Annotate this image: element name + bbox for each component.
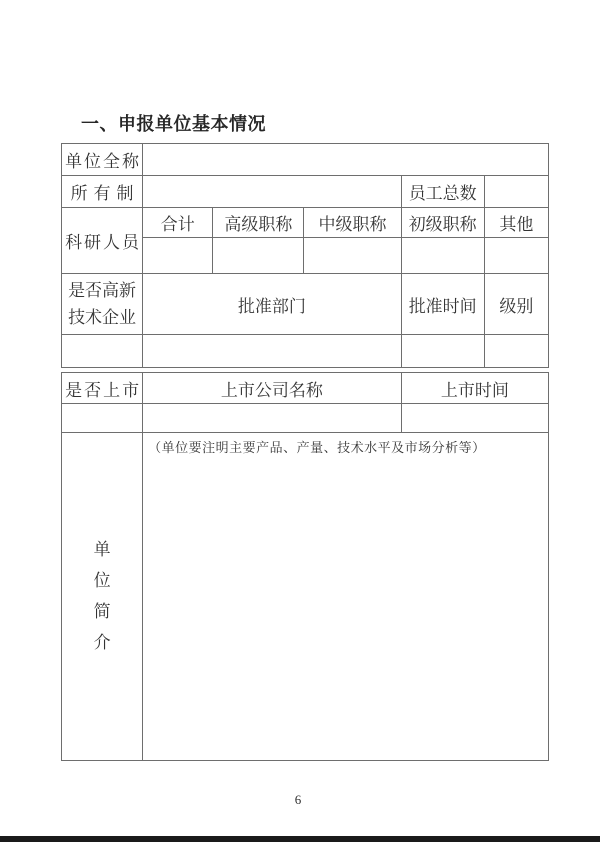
listed-time-value-cell	[401, 404, 548, 433]
ownership-value-cell	[143, 176, 401, 208]
profile-char-1: 单	[94, 541, 111, 559]
row-hightech-header: 是否高新 技术企业 批准部门 批准时间 级别	[62, 274, 549, 335]
hightech-answer-cell	[62, 335, 143, 368]
scanned-form-page: 一、申报单位基本情况 单位全称 所有制 员工总数 科研人员 合计 高级职称	[0, 0, 600, 842]
research-col-header-mid: 中级职称	[304, 208, 401, 238]
profile-char-2: 位	[94, 572, 111, 590]
section-title: 一、申报单位基本情况	[81, 110, 266, 136]
research-col-header-senior: 高级职称	[213, 208, 304, 238]
research-total-value-cell	[143, 238, 213, 274]
basic-info-table-upper: 单位全称 所有制 员工总数 科研人员 合计 高级职称 中级职称 初级职称 其他	[61, 143, 549, 368]
hightech-label-line2: 技术企业	[62, 304, 142, 331]
profile-char-3: 简	[94, 603, 111, 621]
research-col-header-junior: 初级职称	[401, 208, 484, 238]
research-mid-value-cell	[304, 238, 401, 274]
listed-company-header: 上市公司名称	[143, 373, 402, 404]
approval-dept-header: 批准部门	[143, 274, 401, 335]
level-value-cell	[484, 335, 548, 368]
listed-time-header: 上市时间	[401, 373, 548, 404]
research-col-header-total: 合计	[143, 208, 213, 238]
page-number: 6	[0, 792, 596, 808]
staff-total-label: 员工总数	[401, 176, 484, 208]
research-other-value-cell	[484, 238, 548, 274]
profile-content-cell: （单位要注明主要产品、产量、技术水平及市场分析等）	[143, 433, 549, 761]
profile-label-vertical: 单 位 简 介	[62, 541, 142, 652]
approval-time-value-cell	[401, 335, 484, 368]
row-hightech-values	[62, 335, 549, 368]
approval-dept-value-cell	[143, 335, 401, 368]
row-research-header: 科研人员 合计 高级职称 中级职称 初级职称 其他	[62, 208, 549, 238]
ownership-label: 所有制	[62, 176, 143, 208]
hightech-label: 是否高新 技术企业	[62, 274, 143, 335]
listed-answer-cell	[62, 404, 143, 433]
basic-info-table-lower: 是否上市 上市公司名称 上市时间 单 位 简 介	[61, 372, 549, 761]
listed-company-value-cell	[143, 404, 402, 433]
approval-time-header: 批准时间	[401, 274, 484, 335]
staff-total-value-cell	[484, 176, 548, 208]
basic-info-form: 单位全称 所有制 员工总数 科研人员 合计 高级职称 中级职称 初级职称 其他	[61, 143, 549, 761]
research-junior-value-cell	[401, 238, 484, 274]
row-ownership: 所有制 员工总数	[62, 176, 549, 208]
research-senior-value-cell	[213, 238, 304, 274]
unit-name-value-cell	[143, 144, 549, 176]
level-header: 级别	[484, 274, 548, 335]
profile-char-4: 介	[94, 634, 111, 652]
profile-note: （单位要注明主要产品、产量、技术水平及市场分析等）	[143, 433, 548, 456]
unit-name-label: 单位全称	[62, 144, 143, 176]
row-unit-profile: 单 位 简 介 （单位要注明主要产品、产量、技术水平及市场分析等）	[62, 433, 549, 761]
research-col-header-other: 其他	[484, 208, 548, 238]
hightech-label-line1: 是否高新	[62, 277, 142, 304]
row-listed-header: 是否上市 上市公司名称 上市时间	[62, 373, 549, 404]
listed-label: 是否上市	[62, 373, 143, 404]
profile-label-cell: 单 位 简 介	[62, 433, 143, 761]
row-listed-values	[62, 404, 549, 433]
research-staff-label: 科研人员	[62, 208, 143, 274]
row-unit-name: 单位全称	[62, 144, 549, 176]
scan-edge-shadow	[0, 836, 600, 842]
